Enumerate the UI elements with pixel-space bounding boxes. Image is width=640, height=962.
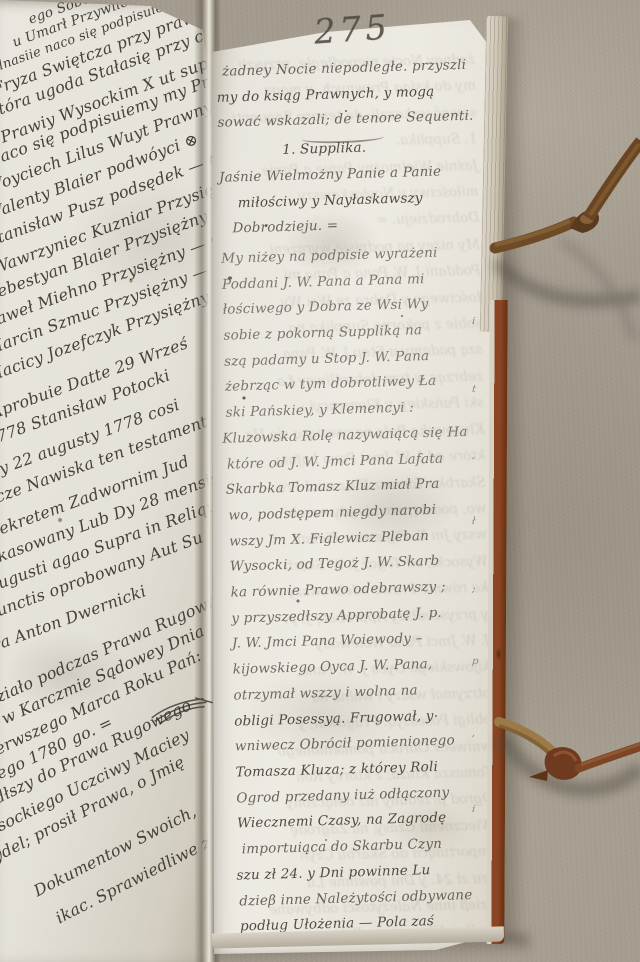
photo-open-manuscript: asz Lockman Sudeego Sobestyana Ktoryu Um… bbox=[0, 0, 640, 962]
leather-cover-edge bbox=[486, 300, 507, 944]
left-page-text: asz Lockman Sudeego Sobestyana Ktoryu Um… bbox=[0, 0, 222, 932]
page-number: 275 bbox=[313, 7, 393, 52]
margin-mark: p bbox=[471, 656, 479, 668]
left-manuscript-page: asz Lockman Sudeego Sobestyana Ktoryu Um… bbox=[0, 0, 222, 962]
strap-knot bbox=[570, 210, 599, 233]
strap-twist bbox=[545, 747, 582, 780]
right-manuscript-page: żadney Nocie niepodległe. przyszlimy do … bbox=[206, 16, 506, 960]
right-page-text: żadney Nocie niepodległe. przyszlimy do … bbox=[216, 53, 502, 941]
